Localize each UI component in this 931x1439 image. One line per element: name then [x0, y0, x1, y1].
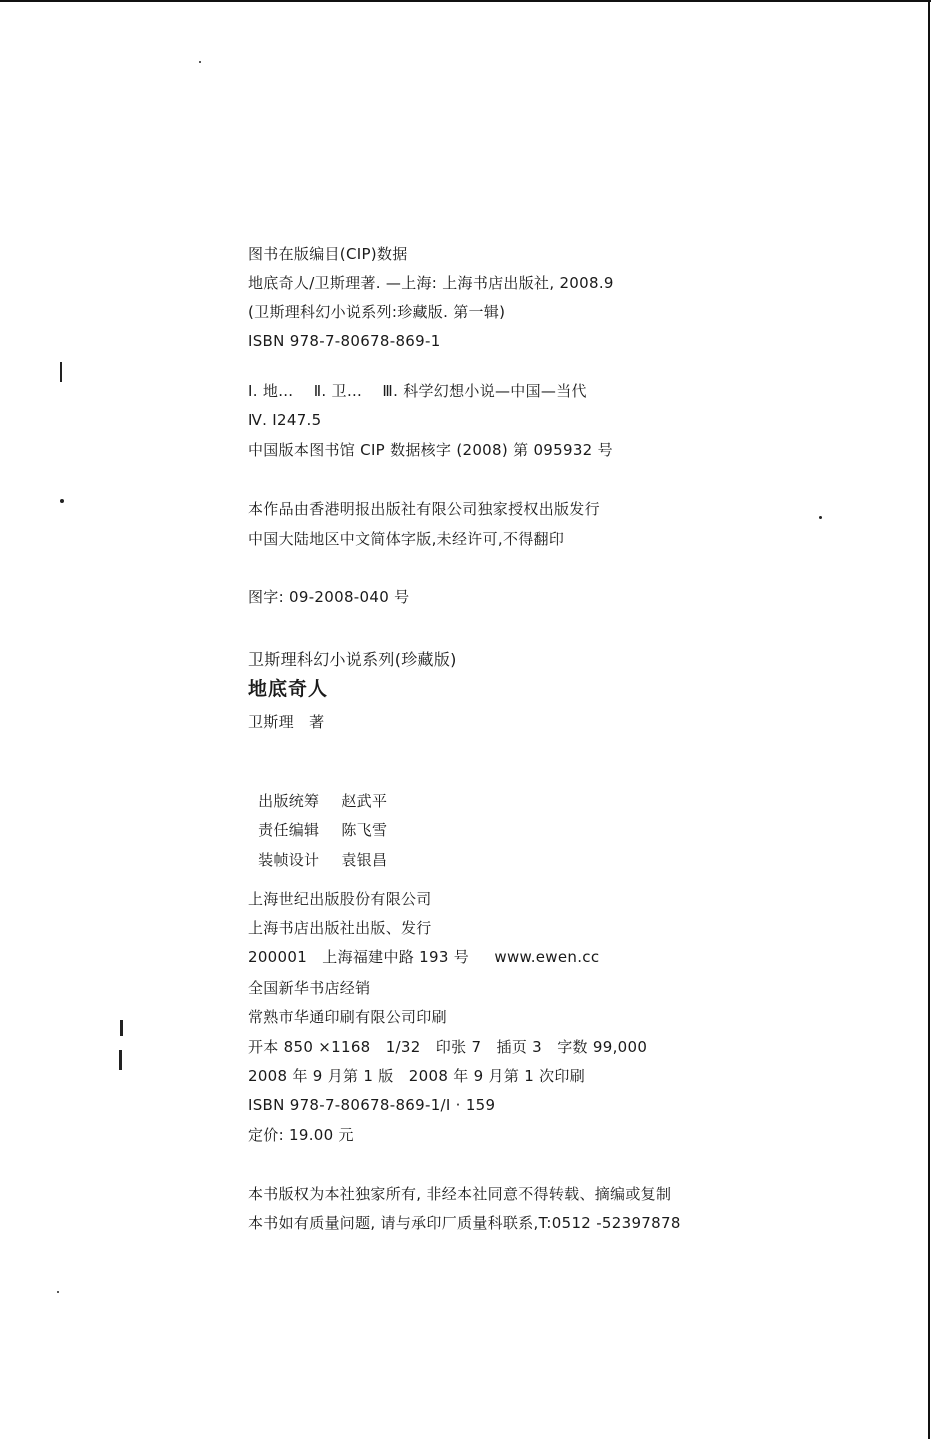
- cip-heading: 图书在版编目(CIP)数据: [248, 244, 408, 264]
- credit-name: 袁银昌: [341, 851, 387, 869]
- cip-line-1: 地底奇人/卫斯理著. —上海: 上海书店出版社, 2008.9: [248, 273, 614, 293]
- book-title: 地底奇人: [248, 679, 328, 699]
- series-name: 卫斯理科幻小说系列(珍藏版): [248, 650, 457, 670]
- book-specs: 开本 850 ×1168 1/32 印张 7 插页 3 字数 99,000: [248, 1037, 647, 1057]
- license-line-1: 本作品由香港明报出版社有限公司独家授权出版发行: [248, 499, 600, 519]
- scan-speck: [819, 516, 822, 519]
- scan-speck: [57, 1291, 59, 1293]
- publisher-group: 上海世纪出版股份有限公司: [248, 889, 432, 909]
- credit-role: 装帧设计: [258, 851, 319, 869]
- cip-line-2: (卫斯理科幻小说系列:珍藏版. 第一辑): [248, 302, 505, 322]
- cip-isbn: ISBN 978-7-80678-869-1: [248, 331, 441, 351]
- cip-classification: Ⅳ. I247.5: [248, 410, 321, 430]
- page-border-right: [928, 0, 930, 1439]
- publisher-name: 上海书店出版社出版、发行: [248, 918, 432, 938]
- isbn-full: ISBN 978-7-80678-869-1/I · 159: [248, 1095, 495, 1115]
- copyright-notice-2: 本书如有质量问题, 请与承印厂质量科联系,T:0512 -52397878: [248, 1213, 681, 1233]
- distributor: 全国新华书店经销: [248, 978, 370, 998]
- price: 定价: 19.00 元: [248, 1125, 354, 1145]
- copyright-notice-1: 本书版权为本社独家所有, 非经本社同意不得转载、摘编或复制: [248, 1184, 671, 1204]
- book-author: 卫斯理 著: [248, 712, 324, 732]
- printer: 常熟市华通印刷有限公司印刷: [248, 1007, 447, 1027]
- scan-speck: [199, 61, 201, 63]
- credit-row: 装帧设计袁银昌: [248, 830, 387, 870]
- copyright-registration: 图字: 09-2008-040 号: [248, 587, 409, 607]
- scan-mark: [60, 362, 62, 382]
- cip-subjects: Ⅰ. 地… Ⅱ. 卫… Ⅲ. 科学幻想小说—中国—当代: [248, 381, 587, 401]
- edition-info: 2008 年 9 月第 1 版 2008 年 9 月第 1 次印刷: [248, 1066, 585, 1086]
- publisher-address: 200001 上海福建中路 193 号 www.ewen.cc: [248, 947, 599, 967]
- page-border-top: [0, 0, 931, 2]
- scan-speck: [60, 499, 64, 503]
- license-line-2: 中国大陆地区中文简体字版,未经许可,不得翻印: [248, 529, 564, 549]
- scan-mark: [119, 1050, 122, 1070]
- scan-mark: [120, 1020, 123, 1036]
- cip-number: 中国版本图书馆 CIP 数据核字 (2008) 第 095932 号: [248, 440, 613, 460]
